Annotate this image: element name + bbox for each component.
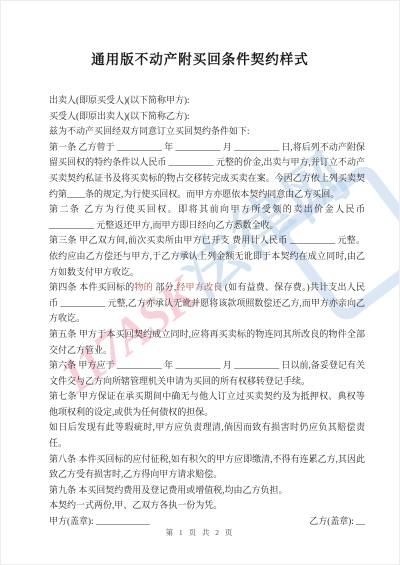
- paragraph-text: 第二条 乙方为行使买回权。即将其前向甲方所受领的卖出价金人民币 ________…: [49, 204, 365, 230]
- paragraph-text: 本契约一式两份,甲、乙双方各执一份为凭。: [49, 500, 222, 510]
- contract-document: 117ASK 法律网 通用版不动产附买回条件契约样式 出卖人(即原买受人)(以下…: [0, 0, 400, 565]
- paragraph: 第五条 甲方于本买回契约成立同时,应将再买卖标的物连同其所改良的物件全部交付乙方…: [49, 327, 365, 358]
- paragraph: 第九条 本买回契约费用及登记费用或增值税,均由乙方负担。: [49, 483, 365, 499]
- paragraph-text: 第六条 甲方应于 __________ 年 __________ 月 _____…: [49, 360, 365, 386]
- paragraph-text: 如日后发现有此等瑕疵时,甲方应负责理清,倘因而致有损害时仍应负其赔偿责任。: [49, 422, 365, 448]
- paragraph-text: 第八条 本件买回标的应付征税,如有积欠的甲方应即缴清,不得有连累乙方,其因此致乙…: [49, 454, 365, 480]
- paragraph: 兹为不动产买回经双方同意订立买回契约条件如下:: [49, 124, 365, 140]
- highlighted-text: 经甲方改良: [176, 282, 222, 292]
- paragraph-text: 第三条 甲乙双方间,前次买卖所由甲方已开支 费用计人民币 __________ …: [49, 235, 365, 276]
- document-title: 通用版不动产附买回条件契约样式: [1, 48, 399, 68]
- paragraph: 本契约一式两份,甲、乙双方各执一份为凭。: [49, 498, 365, 514]
- paragraph: 第二条 乙方为行使买回权。即将其前向甲方所受领的卖出价金人民币 ________…: [49, 202, 365, 233]
- paragraph: 第三条 甲乙双方间,前次买卖所由甲方已开支 费用计人民币 __________ …: [49, 233, 365, 280]
- paragraph: 第六条 甲方应于 __________ 年 __________ 月 _____…: [49, 358, 365, 389]
- paragraph-text: 第四条 本件买回标的: [49, 282, 134, 292]
- paragraph-text: 兹为不动产买回经双方同意订立买回契约条件如下:: [49, 126, 250, 136]
- paragraph: 出卖人(即原买受人)(以下简称甲方):: [49, 93, 365, 109]
- contract-body: 出卖人(即原买受人)(以下简称甲方):买受人(即原出卖人)(以下简称乙方):兹为…: [49, 93, 365, 514]
- paragraph-text: 第一条 乙方曾于 __________ 年 __________ 月 _____…: [49, 142, 365, 199]
- paragraph: 第四条 本件买回标的物的 部分,经甲方改良 (如有益费、保存费。)共计支出人民币…: [49, 280, 365, 327]
- highlighted-text: 物的: [134, 282, 152, 292]
- paragraph: 第八条 本件买回标的应付征税,如有积欠的甲方应即缴清,不得有连累乙方,其因此致乙…: [49, 452, 365, 483]
- page-number: 第 1 页 共 2 页: [1, 527, 399, 538]
- paragraph-text: 第九条 本买回契约费用及登记费用或增值税,均由乙方负担。: [49, 485, 288, 495]
- paragraph-text: 部分,: [153, 282, 176, 292]
- paragraph-text: 第七条 甲方保证在承买期间中确无与他人订立过买卖契约及为抵押权、典权等他项权利的…: [49, 391, 365, 417]
- paragraph: 第七条 甲方保证在承买期间中确无与他人订立过买卖契约及为抵押权、典权等他项权利的…: [49, 389, 365, 420]
- paragraph: 买受人(即原出卖人)(以下简称乙方):: [49, 109, 365, 125]
- paragraph-text: 出卖人(即原买受人)(以下简称甲方):: [49, 95, 190, 105]
- paragraph: 第一条 乙方曾于 __________ 年 __________ 月 _____…: [49, 140, 365, 202]
- paragraph-text: 第五条 甲方于本买回契约成立同时,应将再买卖标的物连同其所改良的物件全部交付乙方…: [49, 329, 365, 355]
- paragraph: 如日后发现有此等瑕疵时,甲方应负责理清,倘因而致有损害时仍应负其赔偿责任。: [49, 420, 365, 451]
- paragraph-text: 买受人(即原出卖人)(以下简称乙方):: [49, 111, 190, 121]
